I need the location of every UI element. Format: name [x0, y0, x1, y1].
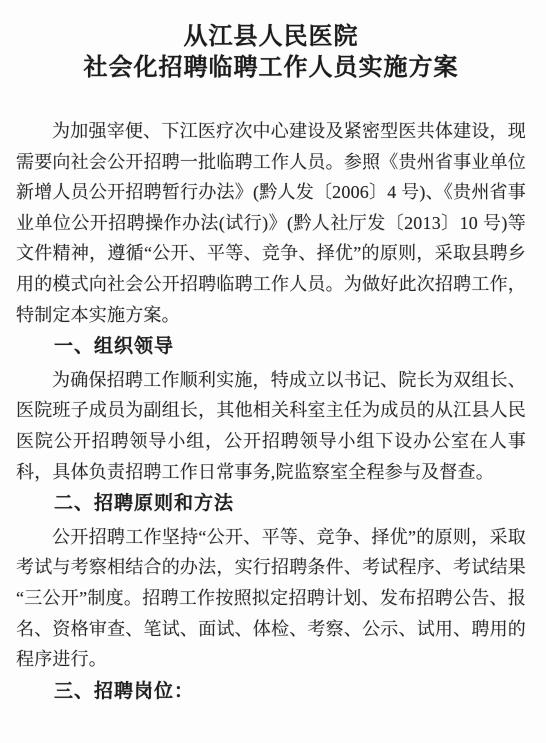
title-line-hospital-name: 从江县人民医院	[16, 22, 526, 53]
document-title: 从江县人民医院 社会化招聘临聘工作人员实施方案	[16, 22, 526, 84]
paragraph-principles-methods: 公开招聘工作坚持“公开、平等、竞争、择优”的原则，采取考试与考察相结合的办法，实…	[16, 522, 526, 675]
paragraph-intro: 为加强宰便、下江医疗次中心建设及紧密型医共体建设，现需要向社会公开招聘一批临聘工…	[16, 116, 526, 330]
heading-section-3-positions: 三、招聘岗位：	[16, 677, 526, 708]
heading-section-2-principles: 二、招聘原则和方法	[16, 489, 526, 520]
paragraph-organization-leadership: 为确保招聘工作顺利实施，特成立以书记、院长为双组长、医院班子成员为副组长，其他相…	[16, 365, 526, 487]
heading-section-1-organization: 一、组织领导	[16, 332, 526, 363]
title-line-plan-name: 社会化招聘临聘工作人员实施方案	[16, 53, 526, 84]
document-page: 从江县人民医院 社会化招聘临聘工作人员实施方案 为加强宰便、下江医疗次中心建设及…	[0, 0, 546, 743]
